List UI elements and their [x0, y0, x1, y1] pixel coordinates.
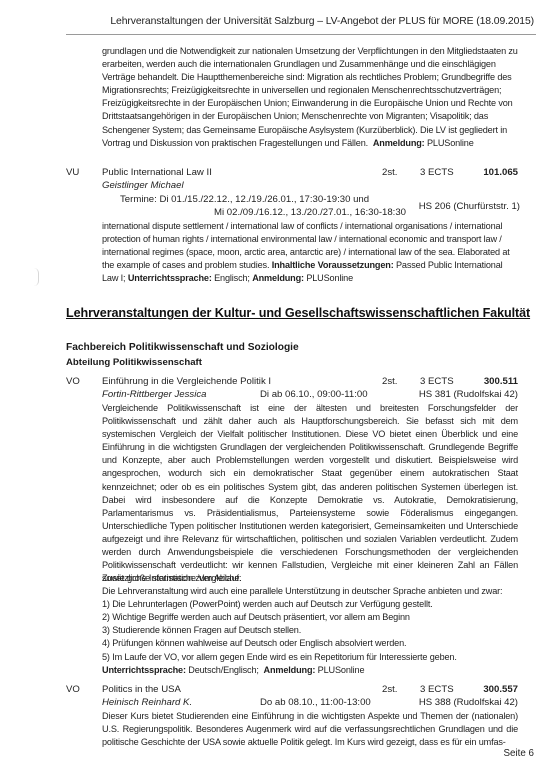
course-type: VO: [66, 376, 80, 387]
schedule-line-1: Termine: Di 01./15./22.12., 12./19./26.0…: [120, 193, 369, 206]
language-value: Englisch;: [214, 273, 250, 283]
prereq-label: Inhaltliche Voraussetzungen:: [272, 260, 394, 270]
course-meta-line: Unterrichtssprache: Deutsch/Englisch; An…: [102, 664, 518, 677]
course-title: Public International Law II: [102, 167, 212, 178]
registration-label: Anmeldung:: [373, 138, 425, 148]
course-type: VU: [66, 167, 79, 178]
header-divider: [66, 34, 536, 35]
description-text: Dieser Kurs bietet Studierenden eine Ein…: [102, 711, 518, 747]
intro-text: grundlagen und die Notwendigkeit zur nat…: [102, 46, 518, 148]
course-number: 300.511: [484, 376, 518, 387]
course-header-row: Politics in the USA 2st. 3 ECTS 300.557: [102, 684, 518, 698]
language-value: Deutsch/Englisch;: [188, 665, 259, 675]
course-lecturer-row: Heinisch Reinhard K. Do ab 08.10., 11:00…: [102, 697, 518, 711]
course-time: Do ab 08.10., 11:00-13:00: [260, 697, 371, 708]
extra-info-item: 3) Studierende können Fragen auf Deutsch…: [102, 624, 518, 637]
course-number: 101.065: [483, 167, 518, 178]
registration-label: Anmeldung:: [252, 273, 304, 283]
schedule-line-2: Mi 02./09./16.12., 13./20./27.01., 16:30…: [214, 206, 406, 219]
extra-info-heading: Zusätzliche Information zum Ablauf:: [102, 572, 518, 585]
extra-info-item: 4) Prüfungen können wahlweise auf Deutsc…: [102, 637, 518, 650]
course-description: Vergleichende Politikwissenschaft ist ei…: [102, 402, 518, 585]
course-number: 300.557: [483, 684, 518, 695]
registration-value: PLUSonline: [318, 665, 365, 675]
language-label: Unterrichtssprache:: [102, 665, 186, 675]
extra-info-item: 1) Die Lehrunterlagen (PowerPoint) werde…: [102, 598, 518, 611]
page-number: Seite 6: [503, 748, 534, 759]
faculty-title: Lehrveranstaltungen der Kultur- und Gese…: [66, 306, 530, 320]
course-ects: 3 ECTS: [420, 167, 454, 178]
course-ects: 3 ECTS: [420, 376, 454, 387]
extra-info-item: 5) Im Laufe der VO, vor allem gegen Ende…: [102, 651, 518, 664]
course-ects: 3 ECTS: [420, 684, 454, 695]
course-description: international dispute settlement / inter…: [102, 220, 518, 285]
scan-artifact: [34, 268, 39, 286]
course-lecturer-row: Geistlinger Michael: [102, 180, 518, 194]
course-header-row: Einführung in die Vergleichende Politik …: [102, 376, 518, 390]
course-room: HS 388 (Rudolfskai 42): [419, 697, 518, 708]
extra-info-item: 2) Wichtige Begriffe werden auch auf Deu…: [102, 611, 518, 624]
course-title: Einführung in die Vergleichende Politik …: [102, 376, 271, 387]
description-text: Vergleichende Politikwissenschaft ist ei…: [102, 403, 518, 583]
course-hours: 2st.: [382, 684, 397, 695]
course-time: Di ab 06.10., 09:00-11:00: [260, 389, 368, 400]
language-label: Unterrichtssprache:: [128, 273, 212, 283]
course-description: Dieser Kurs bietet Studierenden eine Ein…: [102, 710, 518, 749]
page-header: Lehrveranstaltungen der Universität Salz…: [110, 16, 534, 27]
course-title: Politics in the USA: [102, 684, 181, 695]
registration-value: PLUSonline: [306, 273, 353, 283]
course-hours: 2st.: [382, 167, 397, 178]
course-hours: 2st.: [382, 376, 397, 387]
department-heading: Fachbereich Politikwissenschaft und Sozi…: [66, 342, 299, 353]
course-lecturer: Fortin-Rittberger Jessica: [102, 389, 207, 400]
course-lecturer: Geistlinger Michael: [102, 180, 184, 191]
course-room: HS 381 (Rudolfskai 42): [419, 389, 518, 400]
course-header-row: Public International Law II 2st. 3 ECTS …: [102, 167, 518, 181]
extra-info-intro: Die Lehrveranstaltung wird auch eine par…: [102, 585, 518, 598]
course-lecturer-row: Fortin-Rittberger Jessica Di ab 06.10., …: [102, 389, 518, 403]
course-room: HS 206 (Churfürststr. 1): [419, 200, 520, 213]
course-type: VO: [66, 684, 80, 695]
intro-paragraph: grundlagen und die Notwendigkeit zur nat…: [102, 45, 518, 150]
course-lecturer: Heinisch Reinhard K.: [102, 697, 192, 708]
course-extra-info: Zusätzliche Information zum Ablauf: Die …: [102, 572, 518, 677]
registration-value: PLUSonline: [427, 138, 474, 148]
subdepartment-heading: Abteilung Politikwissenschaft: [66, 357, 202, 368]
registration-label: Anmeldung:: [264, 665, 316, 675]
